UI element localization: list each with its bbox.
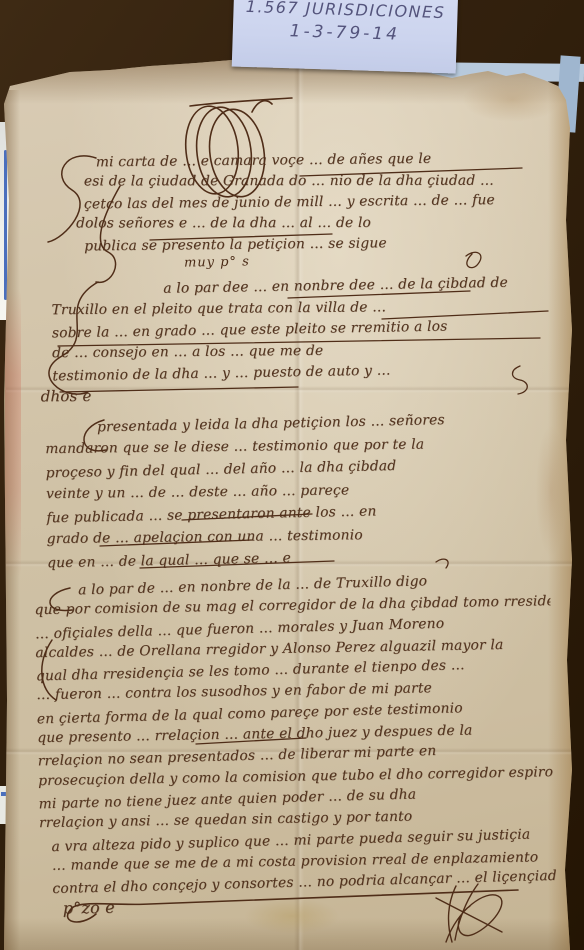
paper-stain-pink-edge	[5, 288, 21, 578]
archival-label-title: 1.567 JURISDICIONES	[233, 0, 457, 23]
archival-label: 1.567 JURISDICIONES 1-3-79-14	[232, 0, 459, 73]
archival-label-reference-number: 1-3-79-14	[233, 19, 458, 46]
blue-pen-line	[4, 150, 7, 300]
manuscript-line: esi de la çiudad de Granada do … nio de …	[84, 171, 546, 193]
manuscript-block-2: a lo par dee … en nonbre dee … de la çib…	[51, 273, 559, 408]
manuscript-block-3: presentada y leida la dha petiçion los ……	[45, 408, 555, 573]
manuscript-block-1: mi carta de … e camara voçe … de añes qu…	[84, 149, 547, 256]
paper-stain	[462, 78, 562, 122]
manuscript-line: mi carta de … e camara voçe … de añes qu…	[96, 148, 546, 174]
manuscript-block-4: a lo par de … en nonbre de la … de Truxi…	[34, 569, 557, 920]
manuscript-heading: muy p° s	[184, 254, 250, 270]
manuscript-line: çetco las del mes de junio de mill … y e…	[84, 190, 546, 216]
manuscript-line: dhos e	[41, 381, 559, 407]
page-bottom-shadow	[0, 918, 584, 950]
manuscript-page: mi carta de … e camara voçe … de añes qu…	[0, 0, 584, 950]
photo-of-manuscript: mi carta de … e camara voçe … de añes qu…	[0, 0, 584, 950]
manuscript-line: publica se presento la petiçion … se sig…	[84, 232, 546, 258]
manuscript-line: dolos señores e … de la dha … al … de lo	[76, 213, 546, 235]
